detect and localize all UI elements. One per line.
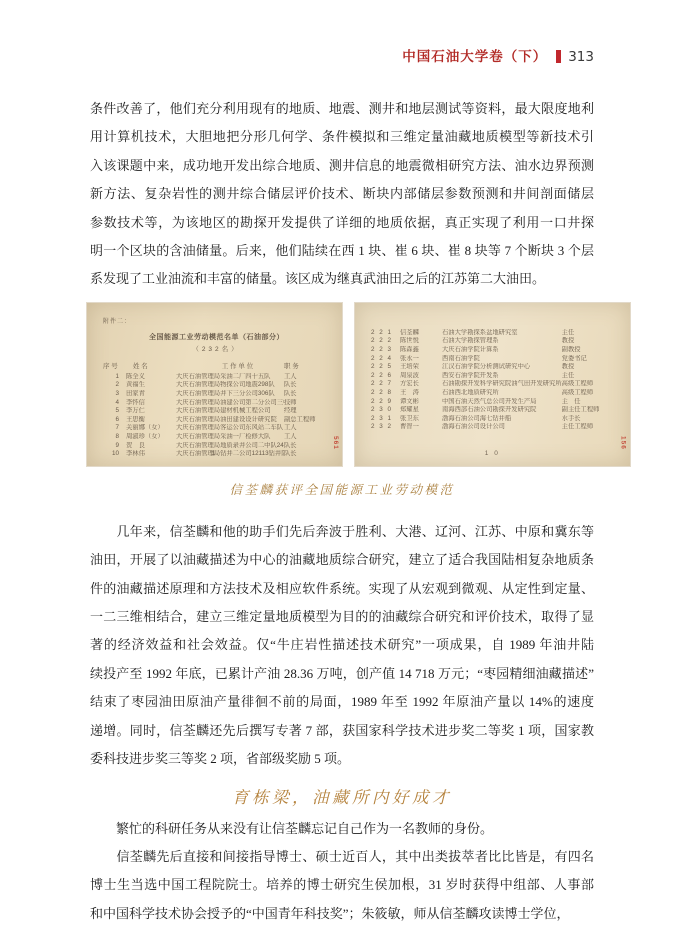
text-line: 参数技术等，为该地区的勘探开发提供了详细的地质依据，真正实现了利用一口井探 <box>90 209 594 237</box>
column-name: 姓 名 <box>133 361 191 370</box>
scan-cell-unit: 大庆石油管理局采油二厂四十五队 <box>176 373 284 382</box>
scan-cell-unit: 南海西部石油公司勘探开发研究院 <box>442 406 562 415</box>
scan-table-row: 2黄福生大庆石油管理局物探公司地震298队队长 <box>103 381 330 390</box>
scan-cell-unit: 大庆石油管理局油建公司第二分公司三中队 <box>176 399 284 408</box>
page-header: 中国石油大学卷（下）313 <box>90 48 594 65</box>
scan-cell-title: 党委书记 <box>562 355 620 364</box>
scan-cell-unit: 石油大学勘探系盆地研究室 <box>442 329 562 338</box>
text-line: 用计算机技术，大胆地把分形几何学、条件模拟和三维定量油藏地质模型等新技术引 <box>90 123 594 151</box>
text-line: 结束了枣园油田原油产量徘徊不前的局面，1989 年至 1992 年原油产量以 1… <box>90 688 594 716</box>
scan-table-row: 2 2 5王培荣江汉石油学院分析测试研究中心教授 <box>371 363 620 372</box>
scan-cell-title: 副总工程师 <box>284 416 330 425</box>
scan-cell-unit: 西安石油学院开发系 <box>442 372 562 381</box>
paragraph-2: 几年来，信荃麟和他的助手们先后奔波于胜利、大港、辽河、江苏、中原和冀东等油田，开… <box>90 518 594 774</box>
scan-cell-unit: 大庆石油管理局井下三分公司306队 <box>176 390 284 399</box>
archive-stamp: 156 <box>620 436 627 450</box>
scan-page-number: 1 <box>87 450 342 457</box>
scan-cell-name: 王 涛 <box>400 389 442 398</box>
text-line: 一二三维相结合，建立三维定量地质模型为目的的油藏综合研究和评价技术，取得了显 <box>90 603 594 631</box>
column-serial: 序 号 <box>103 361 133 370</box>
scan-cell-title: 高级工程师 <box>562 380 620 389</box>
scan-table-row: 2 3 2曹智一渤海石油公司设计公司主任工程师 <box>371 423 620 432</box>
scan-cell-name: 关丽娜（女） <box>126 424 176 433</box>
scan-cell-no: 8 <box>103 433 119 442</box>
scan-table-row: 5李万仁大庆石油管理局建材机械工程公司经理 <box>103 407 330 416</box>
scan-cell-name: 陈世悦 <box>400 337 442 346</box>
scan-table-row: 2 2 2陈世悦石油大学勘探管理系教授 <box>371 337 620 346</box>
scan-cell-no: 2 2 1 <box>371 329 393 338</box>
scan-table-row: 2 2 3陈森鑫大庆石油学院计算系副教授 <box>371 346 620 355</box>
scan-cell-unit: 渤海石油公司设计公司 <box>442 423 562 432</box>
scan-table-row: 2 2 6周泉波西安石油学院开发系主任 <box>371 372 620 381</box>
page-number: 313 <box>568 49 594 65</box>
scan-cell-title: 教授 <box>562 363 620 372</box>
text-line: 和中国科学技术协会授予的“中国青年科技奖”；朱筱敏，师从信荃麟攻读博士学位， <box>90 900 594 928</box>
archive-stamp: 561 <box>332 436 339 450</box>
scanned-document-right: 2 2 1信荃麟石油大学勘探系盆地研究室主任2 2 2陈世悦石油大学勘探管理系教… <box>355 303 630 466</box>
book-page: 中国石油大学卷（下）313 条件改善了，他们充分利用现有的地质、地震、测井和地层… <box>0 0 680 945</box>
scan-table-row: 2 2 1信荃麟石油大学勘探系盆地研究室主任 <box>371 329 620 338</box>
text-line: 件的油藏描述原理和方法技术及相应软件系统。实现了从宏观到微观、从定性到定量、 <box>90 575 594 603</box>
text-line: 油田，开展了以油藏描述为中心的油藏地质综合研究，建立了适合我国陆相复杂地质条 <box>90 546 594 574</box>
scan-cell-no: 1 <box>103 373 119 382</box>
scan-cell-name: 陈森鑫 <box>400 346 442 355</box>
text-line: 著的经济效益和社会效益。仅“牛庄岩性描述技术研究”一项成果，自 1989 年油井… <box>90 631 594 659</box>
text-line: 递增。同时，信荃麟还先后撰写专著 7 部，获国家科学技术进步奖二等奖 1 项，国… <box>90 717 594 745</box>
section-heading: 育栋梁，油藏所内好成才 <box>90 784 594 808</box>
text-line: 明一个区块的含油储量。后来，他们陆续在西 1 块、崔 6 块、崔 8 块等 7 … <box>90 237 594 265</box>
scan-cell-title: 队长 <box>284 381 330 390</box>
scan-cell-title: 副主任工程师 <box>562 406 620 415</box>
scan-cell-title: 技师 <box>284 399 330 408</box>
scan-cell-title: 水手长 <box>562 415 620 424</box>
scan-cell-title: 队长 <box>284 390 330 399</box>
scan-cell-title: 副教授 <box>562 346 620 355</box>
scan-cell-title: 主任 <box>562 329 620 338</box>
scan-table-row: 2 2 7方宏长石油勘探开发科学研究院油气田开发研究所高级工程师 <box>371 380 620 389</box>
text-line: 入该课题中来，成功地开发出综合地质、测井信息的地震微相研究方法、油水边界预测 <box>90 152 594 180</box>
scan-cell-name: 方宏长 <box>400 380 442 389</box>
scan-cell-title: 工人 <box>284 433 330 442</box>
paragraph-3: 繁忙的科研任务从来没有让信荃麟忘记自己作为一名教师的身份。 <box>90 815 594 843</box>
text-line: 信荃麟先后直接和间接指导博士、硕士近百人，其中出类拔萃者比比皆是，有四名 <box>90 843 594 871</box>
text-line: 博士生当选中国工程院院士。培养的博士研究生侯加根，31 岁时获得中组部、人事部 <box>90 871 594 899</box>
scan-cell-title: 工人 <box>284 424 330 433</box>
scan-page-number: 1 0 <box>355 450 630 457</box>
scan-cell-name: 周淑珍（女） <box>126 433 176 442</box>
scan-table-row: 2 3 0郑耀星南海西部石油公司勘探开发研究院副主任工程师 <box>371 406 620 415</box>
scan-table-row: 2 2 4张永一西南石油学院党委书记 <box>371 355 620 364</box>
scan-cell-name: 张永一 <box>400 355 442 364</box>
scan-cell-name: 王培荣 <box>400 363 442 372</box>
scan-table-row: 8周淑珍（女）大庆石油管理局采油一厂检修大队工人 <box>103 433 330 442</box>
scan-cell-no: 7 <box>103 424 119 433</box>
scan-cell-no: 2 <box>103 381 119 390</box>
scan-cell-no: 2 2 8 <box>371 389 393 398</box>
scan-cell-unit: 大庆石油管理局物探公司地震298队 <box>176 381 284 390</box>
scan-cell-unit: 石油勘探开发科学研究院油气田开发研究所 <box>442 380 562 389</box>
scan-cell-no: 2 2 4 <box>371 355 393 364</box>
scan-cell-title: 工人 <box>284 373 330 382</box>
scan-cell-name: 郑耀星 <box>400 406 442 415</box>
scan-cell-no: 2 2 3 <box>371 346 393 355</box>
scan-cell-unit: 西南石油学院 <box>442 355 562 364</box>
scan-corner-label: 附件二： <box>103 316 330 325</box>
paragraph-1: 条件改善了，他们充分利用现有的地质、地震、测井和地层测试等资料，最大限度地利用计… <box>90 95 594 294</box>
scan-cell-no: 2 2 6 <box>371 372 393 381</box>
text-line: 委科技进步奖三等奖 2 项，省部级奖励 5 项。 <box>90 745 594 773</box>
scan-cell-no: 2 2 9 <box>371 398 393 407</box>
scan-document-title: 全国能源工业劳动模范名单（石油部分） <box>103 332 330 342</box>
text-line: 条件改善了，他们充分利用现有的地质、地震、测井和地层测试等资料，最大限度地利 <box>90 95 594 123</box>
scan-table-row: 4李怀信大庆石油管理局油建公司第二分公司三中队技师 <box>103 399 330 408</box>
scan-cell-title: 主 任 <box>562 398 620 407</box>
scan-cell-name: 张卫东 <box>400 415 442 424</box>
scan-cell-name: 王思衡 <box>126 416 176 425</box>
scan-table-body: 2 2 1信荃麟石油大学勘探系盆地研究室主任2 2 2陈世悦石油大学勘探管理系教… <box>371 329 620 432</box>
scan-cell-name: 谭文彬 <box>400 398 442 407</box>
scanned-document-left: 附件二： 全国能源工业劳动模范名单（石油部分） （232名） 序 号 姓 名 工… <box>87 303 342 466</box>
scan-table-row: 2 3 1张卫东渤海石油公司海七钻井船水手长 <box>371 415 620 424</box>
scan-table-body: 1陈全义大庆石油管理局采油二厂四十五队工人2黄福生大庆石油管理局物探公司地震29… <box>103 373 330 459</box>
figure-caption: 信荃麟获评全国能源工业劳动模范 <box>90 480 594 498</box>
text-line: 繁忙的科研任务从来没有让信荃麟忘记自己作为一名教师的身份。 <box>90 815 594 843</box>
scan-cell-title: 经理 <box>284 407 330 416</box>
text-line: 续投产至 1992 年底，已累计产油 28.36 万吨，创产值 14 718 万… <box>90 660 594 688</box>
scan-cell-no: 2 3 2 <box>371 423 393 432</box>
scan-cell-name: 信荃麟 <box>400 329 442 338</box>
text-line: 新方法、复杂岩性的测井综合储层评价技术、断块内部储层参数预测和井间剖面储层 <box>90 180 594 208</box>
scan-table-row: 2 2 9谭文彬中国石油天然气总公司开发生产局主 任 <box>371 398 620 407</box>
scan-cell-no: 3 <box>103 390 119 399</box>
scan-table-row: 7关丽娜（女）大庆石油管理局客运公司东风站二车队工人 <box>103 424 330 433</box>
scan-cell-no: 6 <box>103 416 119 425</box>
scan-cell-unit: 江汉石油学院分析测试研究中心 <box>442 363 562 372</box>
header-divider-bar <box>556 50 561 63</box>
scan-cell-no: 2 3 0 <box>371 406 393 415</box>
scan-cell-unit: 大庆石油管理局建材机械工程公司 <box>176 407 284 416</box>
scan-table-row: 1陈全义大庆石油管理局采油二厂四十五队工人 <box>103 373 330 382</box>
scan-cell-unit: 大庆石油管理局油田建设设计研究院 <box>176 416 284 425</box>
scan-cell-name: 陈全义 <box>126 373 176 382</box>
scan-cell-unit: 渤海石油公司海七钻井船 <box>442 415 562 424</box>
scan-cell-name: 周泉波 <box>400 372 442 381</box>
scan-cell-title: 教授 <box>562 337 620 346</box>
scan-cell-unit: 大庆石油管理局采油一厂检修大队 <box>176 433 284 442</box>
scan-cell-no: 2 2 5 <box>371 363 393 372</box>
scan-table-row: 2 2 8王 涛石油西北地质研究所高级工程师 <box>371 389 620 398</box>
scan-cell-no: 5 <box>103 407 119 416</box>
scan-table-header: 序 号 姓 名 工 作 单 位 职 务 <box>103 361 330 370</box>
scan-cell-unit: 石油西北地质研究所 <box>442 389 562 398</box>
column-post: 职 务 <box>284 361 330 370</box>
scan-cell-title: 高级工程师 <box>562 389 620 398</box>
scan-cell-no: 4 <box>103 399 119 408</box>
scan-cell-name: 曹智一 <box>400 423 442 432</box>
text-line: 几年来，信荃麟和他的助手们先后奔波于胜利、大港、辽河、江苏、中原和冀东等 <box>90 518 594 546</box>
scan-cell-unit: 石油大学勘探管理系 <box>442 337 562 346</box>
scan-cell-name: 李怀信 <box>126 399 176 408</box>
column-work-unit: 工 作 单 位 <box>191 361 284 370</box>
scan-table-row: 3田家青大庆石油管理局井下三分公司306队队长 <box>103 390 330 399</box>
scan-cell-name: 黄福生 <box>126 381 176 390</box>
scan-cell-name: 李万仁 <box>126 407 176 416</box>
scan-cell-unit: 大庆石油管理局客运公司东风站二车队 <box>176 424 284 433</box>
scan-cell-no: 2 3 1 <box>371 415 393 424</box>
figure-scanned-documents: 附件二： 全国能源工业劳动模范名单（石油部分） （232名） 序 号 姓 名 工… <box>87 303 604 466</box>
scan-cell-title: 主任 <box>562 372 620 381</box>
scan-cell-unit: 大庆石油学院计算系 <box>442 346 562 355</box>
scan-cell-unit: 中国石油天然气总公司开发生产局 <box>442 398 562 407</box>
scan-table-row: 6王思衡大庆石油管理局油田建设设计研究院副总工程师 <box>103 416 330 425</box>
text-line: 系发现了工业油流和丰富的储量。该区成为继真武油田之后的江苏第二大油田。 <box>90 265 594 293</box>
scan-document-subtitle: （232名） <box>103 344 330 353</box>
scan-cell-name: 田家青 <box>126 390 176 399</box>
paragraph-4: 信荃麟先后直接和间接指导博士、硕士近百人，其中出类拔萃者比比皆是，有四名博士生当… <box>90 843 594 928</box>
running-head-title: 中国石油大学卷（下） <box>402 49 547 64</box>
scan-cell-no: 2 2 7 <box>371 380 393 389</box>
scan-cell-title: 主任工程师 <box>562 423 620 432</box>
scan-cell-no: 2 2 2 <box>371 337 393 346</box>
